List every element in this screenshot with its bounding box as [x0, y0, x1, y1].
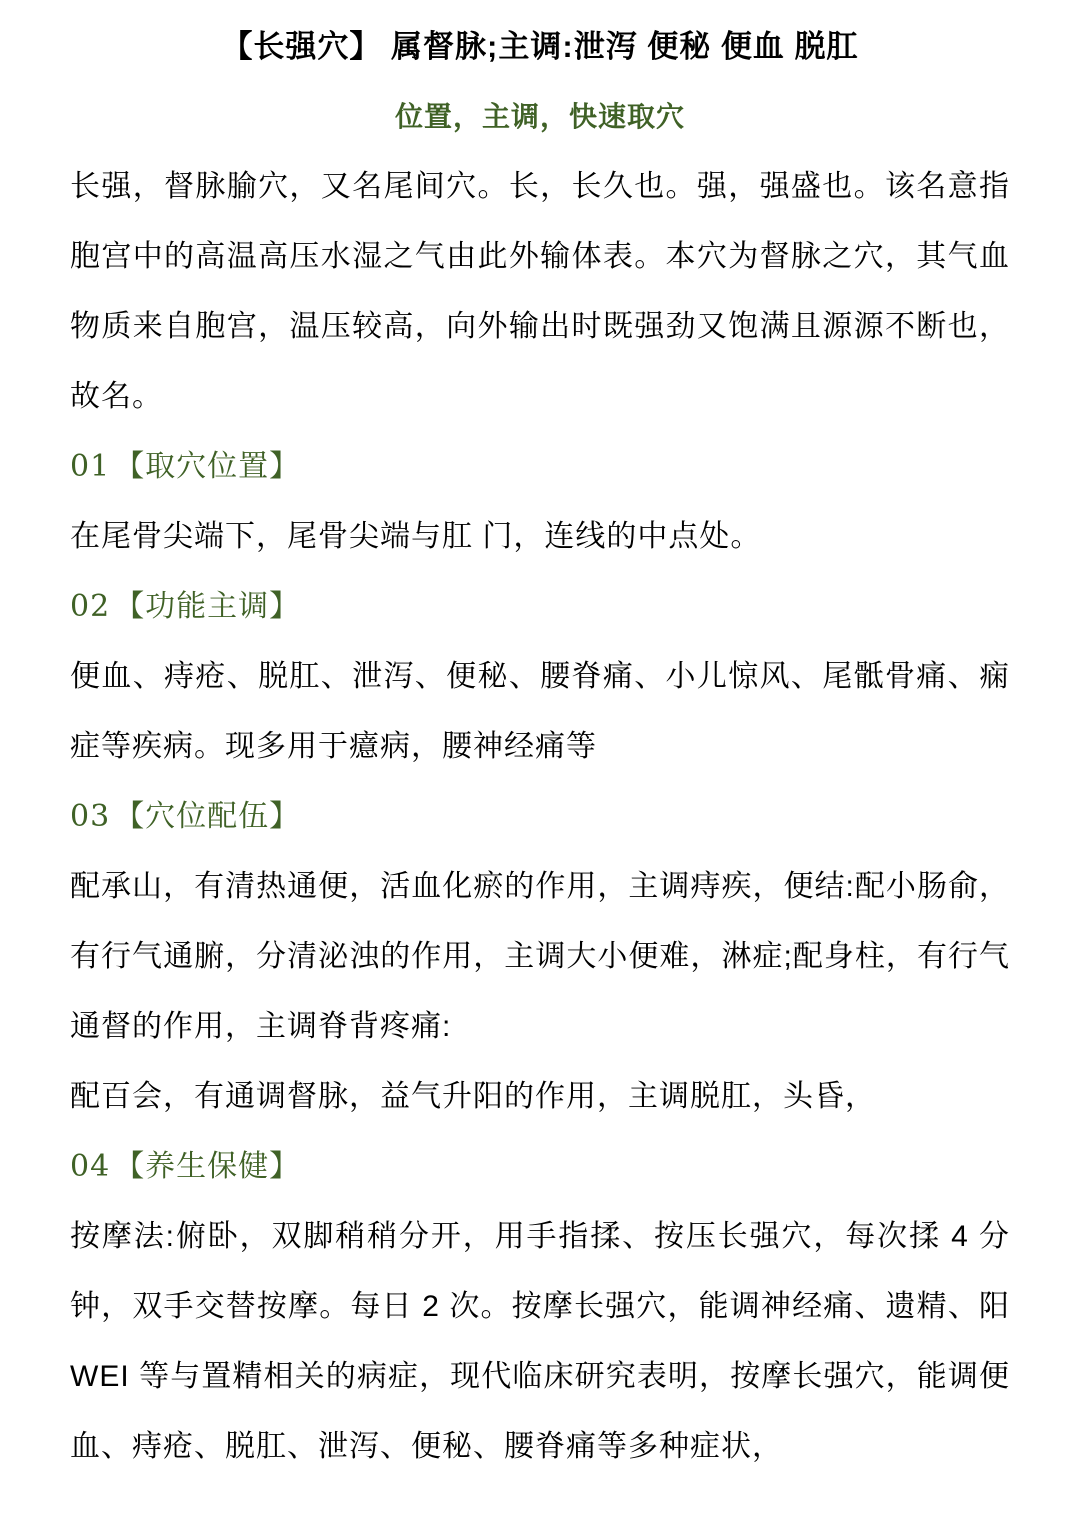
- page-title: 【长强穴】 属督脉;主调:泄泻 便秘 便血 脱肛: [70, 12, 1010, 82]
- section-heading-03: 03【穴位配伍】: [70, 782, 1010, 852]
- section-number: 01: [70, 449, 110, 484]
- section-03-paragraph-2: 配百会，有通调督脉，益气升阳的作用，主调脱肛，头昏，: [70, 1062, 1010, 1132]
- intro-paragraph: 长强，督脉腧穴，又名尾间穴。长，长久也。强，强盛也。该名意指胞宫中的高温高压水湿…: [70, 152, 1010, 432]
- section-02-paragraph: 便血、痔疮、脱肛、泄泻、便秘、腰脊痛、小儿惊风、尾骶骨痛、痫症等疾病。现多用于癔…: [70, 642, 1010, 782]
- section-number: 04: [70, 1149, 110, 1184]
- section-title: 【功能主调】: [114, 590, 300, 623]
- section-heading-01: 01【取穴位置】: [70, 432, 1010, 502]
- section-01-paragraph: 在尾骨尖端下，尾骨尖端与肛 门，连线的中点处。: [70, 502, 1010, 572]
- section-number: 02: [70, 589, 110, 624]
- section-number: 03: [70, 799, 110, 834]
- section-title: 【养生保健】: [114, 1150, 300, 1183]
- section-03-paragraph-1: 配承山，有清热通便，活血化瘀的作用，主调痔疾，便结:配小肠俞，有行气通腑，分清泌…: [70, 852, 1010, 1062]
- section-04-paragraph: 按摩法:俯卧，双脚稍稍分开，用手指揉、按压长强穴，每次揉 4 分钟，双手交替按摩…: [70, 1202, 1010, 1482]
- section-title: 【穴位配伍】: [114, 800, 300, 833]
- page-subtitle: 位置，主调，快速取穴: [70, 82, 1010, 152]
- section-heading-02: 02【功能主调】: [70, 572, 1010, 642]
- section-heading-04: 04【养生保健】: [70, 1132, 1010, 1202]
- section-title: 【取穴位置】: [114, 450, 300, 483]
- article-page: 【长强穴】 属督脉;主调:泄泻 便秘 便血 脱肛 位置，主调，快速取穴 长强，督…: [0, 0, 1080, 1482]
